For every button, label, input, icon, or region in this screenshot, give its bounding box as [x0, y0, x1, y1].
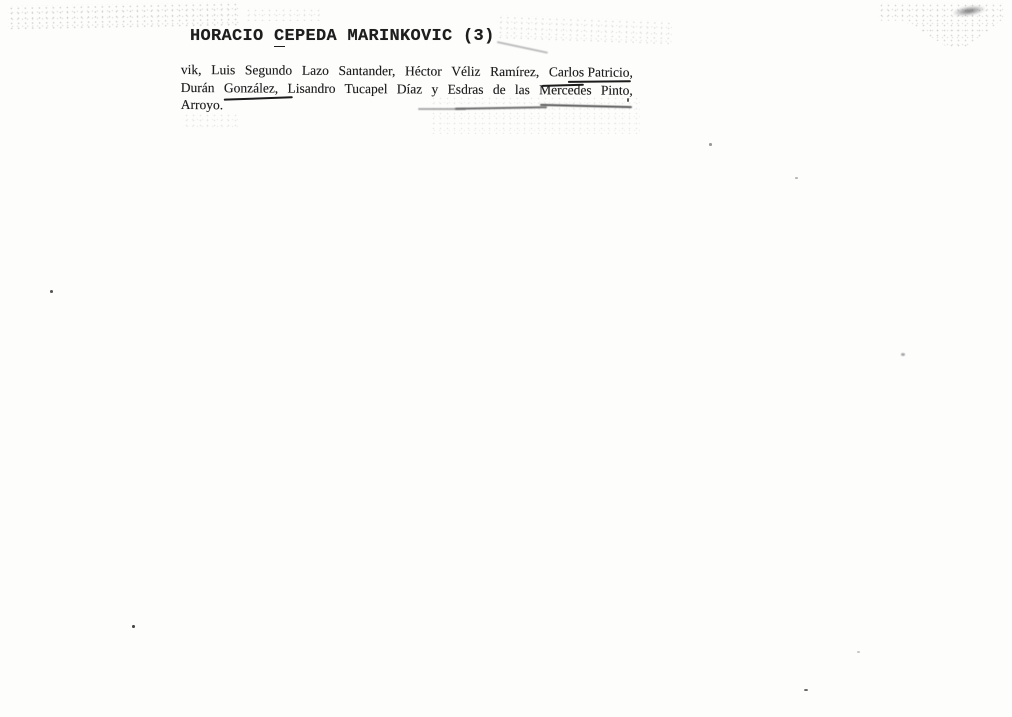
scan-noise-patch: [245, 8, 320, 21]
underlined-name-gonzalez: González,: [224, 79, 278, 97]
underlined-name-patricio: los Patricio: [568, 63, 629, 81]
scan-noise-patch: [430, 96, 640, 134]
text-segment: ,: [630, 65, 633, 80]
scan-noise-patch: [8, 2, 240, 30]
ink-dot: [857, 651, 860, 653]
ink-dot: [50, 290, 53, 293]
scan-noise-patch: [497, 15, 673, 47]
text-segment: Durán: [181, 80, 224, 95]
ink-dot: [709, 143, 712, 146]
scanned-document-page: HORACIO CEPEDA MARINKOVIC (3) vik, Luis …: [0, 0, 1012, 717]
title-segment: HORACIO: [190, 27, 274, 46]
ink-dot: [132, 625, 135, 628]
title-segment: EPEDA MARINKOVIC (3): [285, 27, 495, 46]
scan-streak: [497, 41, 548, 53]
text-segment: vik, Luis Segundo Lazo Santander, Héctor…: [181, 62, 569, 79]
title-underlined-letter: C: [274, 28, 285, 47]
text-segment: Arroyo.: [181, 97, 223, 112]
ink-dot: [795, 177, 798, 179]
ink-dot: [804, 689, 808, 691]
ink-dot: [627, 98, 629, 102]
scan-noise-patch: [183, 113, 238, 129]
text-segment: Lisandro Tucapel Díaz y Esdras de las: [278, 80, 539, 97]
ink-dot: [901, 353, 905, 356]
document-title: HORACIO CEPEDA MARINKOVIC (3): [190, 27, 495, 47]
